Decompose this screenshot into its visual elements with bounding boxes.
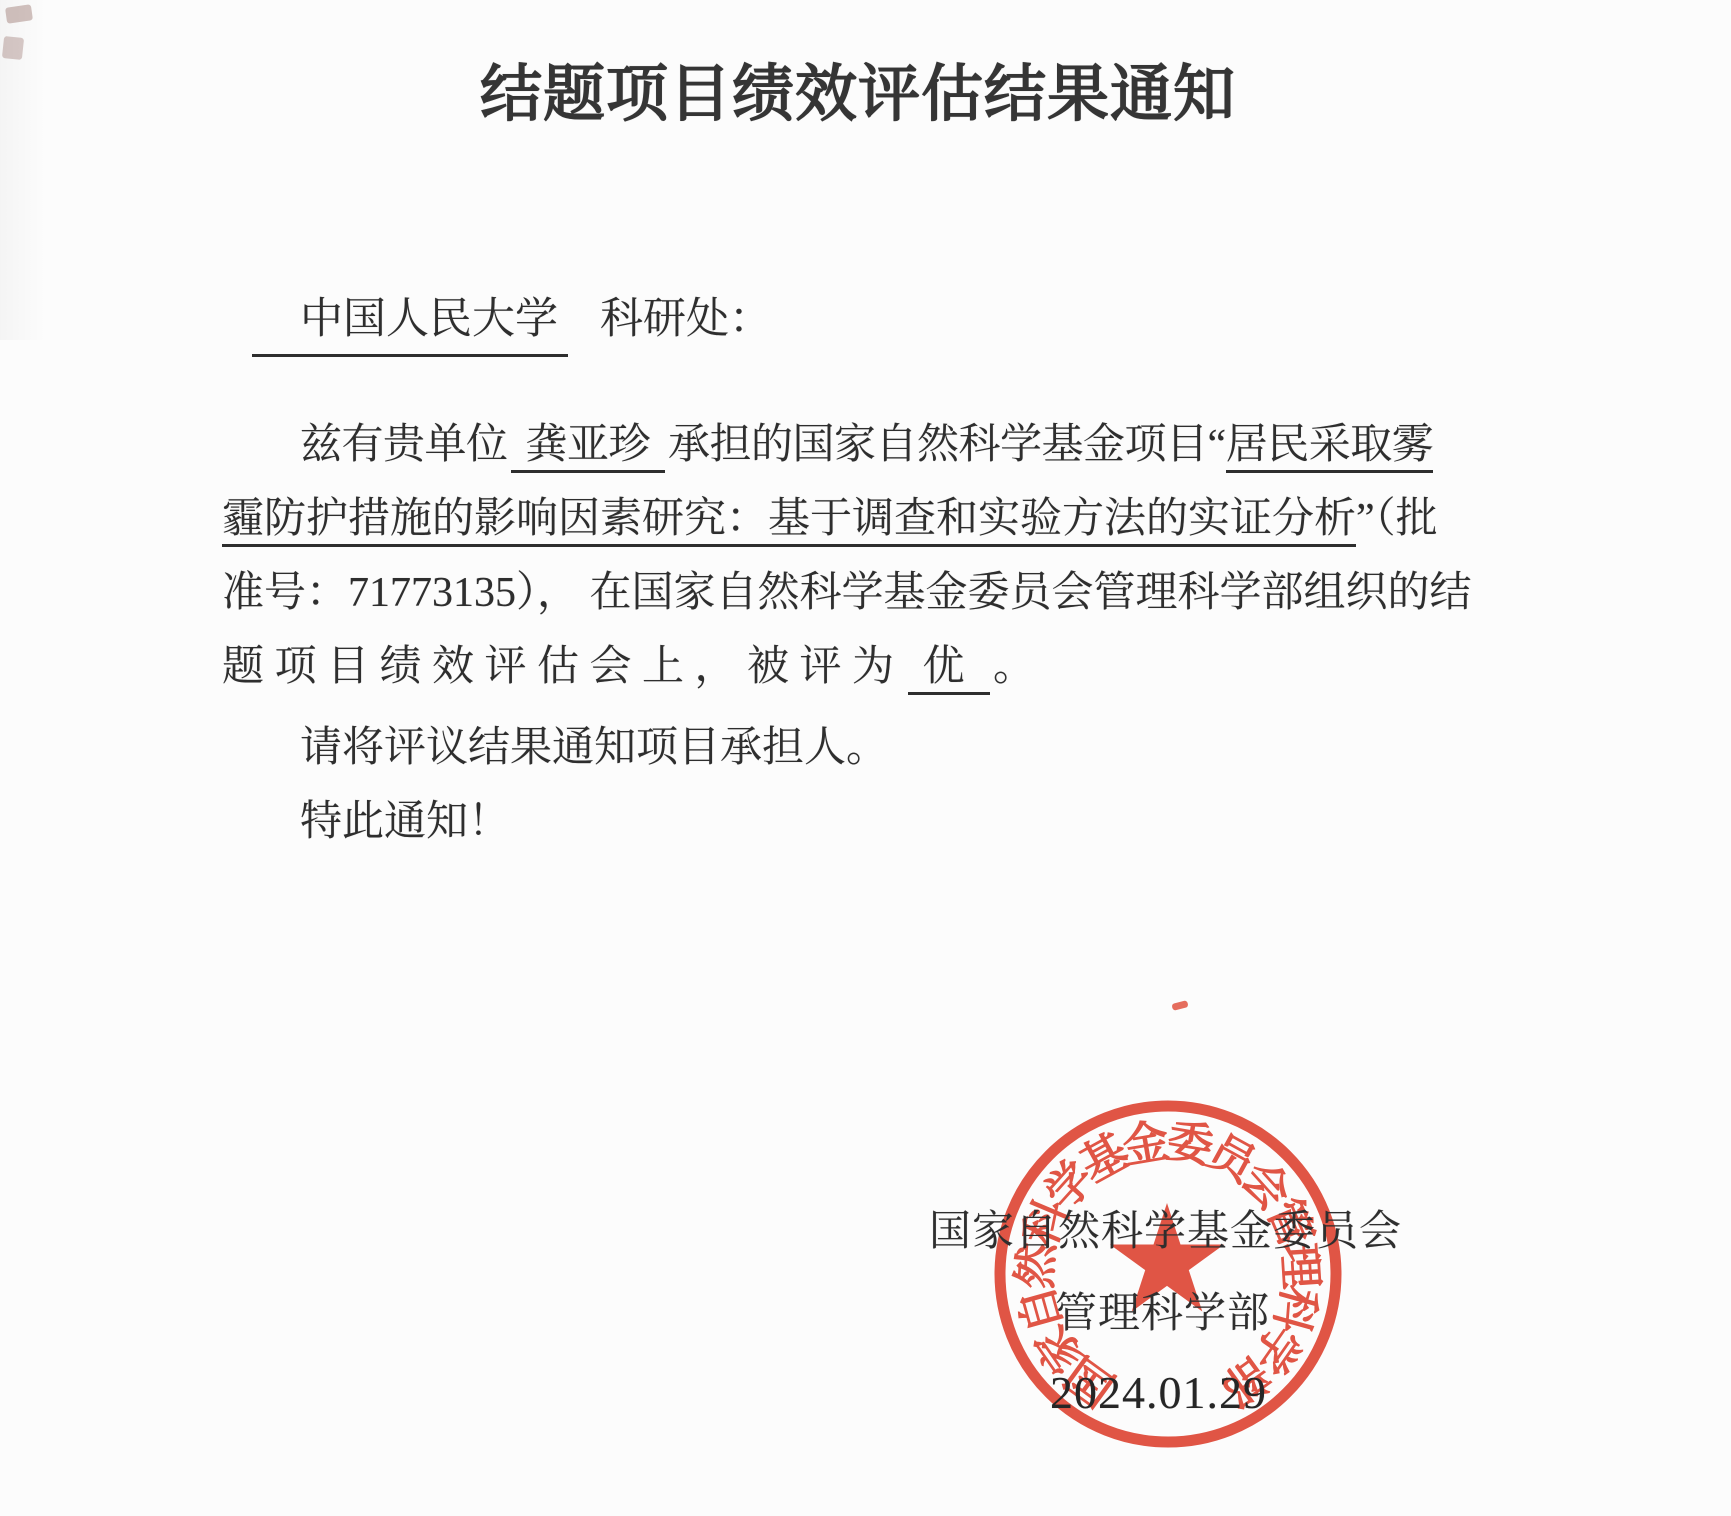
body-text-segment: ”（批 xyxy=(1356,496,1438,542)
body-line: 霾防护措施的影响因素研究：基于调查和实验方法的实证分析”（批 xyxy=(222,482,1482,556)
body-text-segment: 请将评议结果通知项目承担人。 xyxy=(300,725,888,771)
body-text-underlined: 龚亚珍 xyxy=(511,422,666,473)
addressee-org-underlined: 中国人民大学 xyxy=(252,288,568,357)
body-line: 兹有贵单位龚亚珍承担的国家自然科学基金项目“居民采取雾 xyxy=(222,408,1482,482)
signature-dept: 管理科学部 xyxy=(1055,1290,1270,1338)
body-line: 请将评议结果通知项目承担人。 xyxy=(222,711,1482,785)
body-text-segment: 准号：71773135）， 在国家自然科学基金委员会管理科学部组织的结 xyxy=(222,570,1472,616)
addressee-line: 中国人民大学科研处： xyxy=(252,288,772,352)
body-text-segment: 。 xyxy=(993,644,1046,690)
body-text-segment: 特此通知！ xyxy=(300,799,510,845)
body-text-underlined: 霾防护措施的影响因素研究：基于调查和实验方法的实证分析 xyxy=(222,496,1356,547)
body-text-segment: 兹有贵单位 xyxy=(300,422,508,468)
scanned-notice-page: 结题项目绩效评估结果通知 中国人民大学科研处： 兹有贵单位龚亚珍承担的国家自然科… xyxy=(0,0,1731,1516)
body-text-underlined: 优 xyxy=(908,644,991,695)
page-title: 结题项目绩效评估结果通知 xyxy=(0,44,1716,133)
body-paragraph: 兹有贵单位龚亚珍承担的国家自然科学基金项目“居民采取雾霾防护措施的影响因素研究：… xyxy=(222,408,1482,859)
body-line: 特此通知！ xyxy=(222,785,1482,859)
body-text-segment: 承担的国家自然科学基金项目“ xyxy=(668,422,1226,468)
body-line: 题项目绩效评估会上，被评为优。 xyxy=(222,630,1482,704)
signature-date: 2024.01.29 xyxy=(1050,1368,1267,1418)
body-text-segment: 题项目绩效评估会上，被评为 xyxy=(222,644,905,690)
signature-org: 国家自然科学基金委员会 xyxy=(929,1208,1449,1256)
red-ink-speck xyxy=(1171,1000,1188,1011)
addressee-dept: 科研处： xyxy=(600,296,772,343)
body-text-underlined: 居民采取雾 xyxy=(1226,422,1434,473)
official-stamp: 国家自然科学基金委员会管理科学部 xyxy=(958,1064,1378,1484)
body-line: 准号：71773135）， 在国家自然科学基金委员会管理科学部组织的结 xyxy=(222,556,1482,630)
